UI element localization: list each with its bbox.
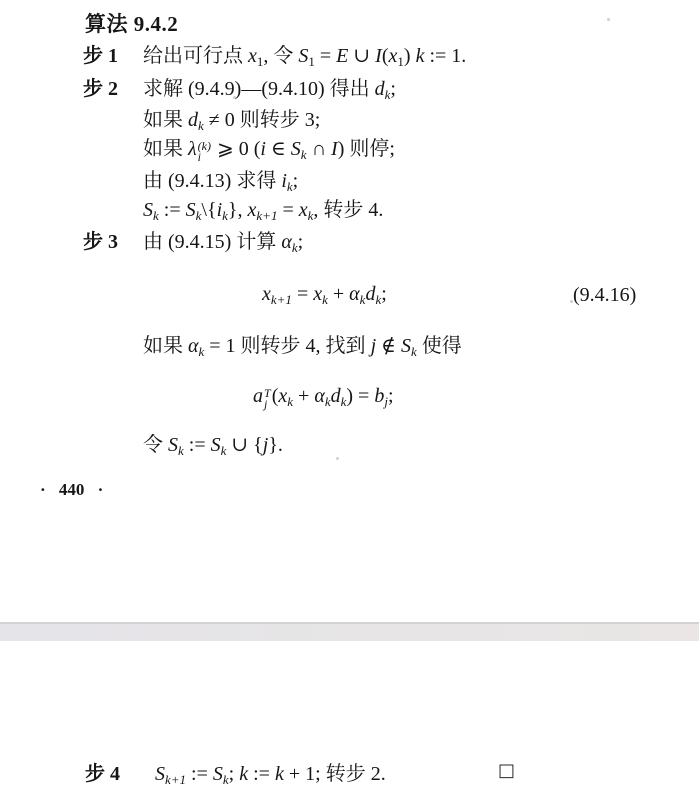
step-3-row: 步 3由 (9.4.15) 计算 αk;: [83, 229, 303, 261]
step-2-label: 步 2: [83, 76, 143, 102]
step-4-label: 步 4: [85, 761, 155, 787]
equation-aj-transpose: aTj(xk + αkdk) = bj;: [253, 383, 394, 415]
step-2-row: 步 2求解 (9.4.9)—(9.4.10) 得出 dk;: [83, 76, 396, 108]
scan-speck: [607, 18, 610, 21]
scan-speck: [233, 96, 236, 99]
step-1-content: 给出可行点 x1, 令 S1 = E ∪ I(x1) k := 1.: [143, 45, 466, 67]
page-1: 算法 9.4.2 步 1给出可行点 x1, 令 S1 = E ∪ I(x1) k…: [0, 0, 699, 622]
step-2-line-4: 由 (9.4.13) 求得 ik;: [143, 168, 298, 200]
step-4-row: 步 4Sk+1 := Sk; k := k + 1; 转步 2.: [85, 761, 386, 792]
step-2-line-5: Sk := Sk\{ik}, xk+1 = xk, 转步 4.: [143, 197, 383, 229]
page-2: 步 4Sk+1 := Sk; k := k + 1; 转步 2.: [0, 641, 699, 792]
page-number: · 440 ·: [40, 480, 103, 500]
equation-number-9-4-16: (9.4.16): [573, 284, 636, 307]
step-3-line-3: 令 Sk := Sk ∪ {j}.: [143, 432, 283, 464]
step-3-line-1: 由 (9.4.15) 计算 αk;: [143, 231, 303, 253]
step-2-line-3: 如果 λ(k)i ⩾ 0 (i ∈ Sk ∩ I) 则停;: [143, 136, 395, 168]
step-2-line-1: 求解 (9.4.9)—(9.4.10) 得出 dk;: [143, 78, 396, 100]
step-1-label: 步 1: [83, 43, 143, 69]
step-4-content: Sk+1 := Sk; k := k + 1; 转步 2.: [155, 763, 386, 785]
algorithm-title: 算法 9.4.2: [85, 8, 178, 38]
equation-9-4-16: xk+1 = xk + αkdk;: [262, 281, 387, 313]
qed-square: □: [498, 760, 515, 781]
step-3-label: 步 3: [83, 229, 143, 255]
step-2-line-2: 如果 dk ≠ 0 则转步 3;: [143, 107, 320, 139]
step-3-line-2: 如果 αk = 1 则转步 4, 找到 j ∉ Sk 使得: [143, 333, 462, 365]
scan-speck: [336, 457, 339, 460]
step-1-row: 步 1给出可行点 x1, 令 S1 = E ∪ I(x1) k := 1.: [83, 43, 466, 75]
document-canvas: 算法 9.4.2 步 1给出可行点 x1, 令 S1 = E ∪ I(x1) k…: [0, 0, 699, 792]
scan-speck: [570, 300, 573, 303]
